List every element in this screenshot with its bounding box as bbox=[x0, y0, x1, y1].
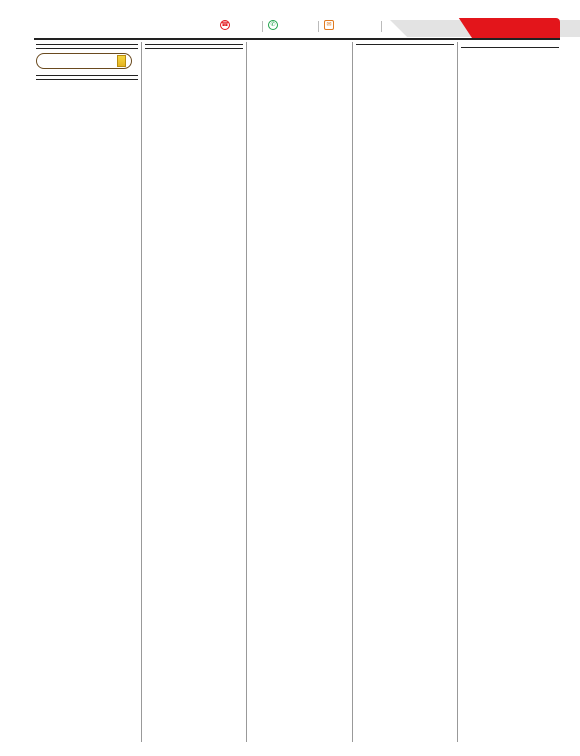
whatsapp-icon: ✆ bbox=[268, 20, 278, 30]
column-5 bbox=[457, 42, 562, 742]
column-2 bbox=[141, 42, 246, 742]
page-header: ☎ ✆ ✉ bbox=[0, 0, 580, 36]
classified-ad bbox=[461, 49, 559, 51]
classified-ad bbox=[36, 81, 138, 83]
classified-ad bbox=[36, 42, 138, 45]
classifieds-columns bbox=[36, 42, 562, 742]
classified-ad bbox=[36, 46, 138, 49]
whatsapp-contact[interactable]: ✆ bbox=[268, 20, 280, 30]
classified-ad bbox=[461, 42, 559, 44]
header-rule bbox=[34, 38, 560, 40]
classified-ad bbox=[356, 42, 454, 45]
column-3 bbox=[246, 42, 351, 742]
section-header-edictos-varios bbox=[36, 53, 132, 69]
email-contact[interactable]: ✉ bbox=[324, 20, 336, 30]
classified-ad bbox=[356, 46, 454, 48]
envelope-icon: ✉ bbox=[324, 20, 334, 30]
classified-ad bbox=[145, 46, 243, 49]
classified-ad bbox=[250, 42, 348, 44]
column-4 bbox=[352, 42, 457, 742]
classified-ad bbox=[36, 73, 138, 76]
divider bbox=[262, 21, 263, 32]
divider bbox=[381, 21, 382, 32]
classified-ad bbox=[36, 77, 138, 80]
flag-icon bbox=[117, 55, 126, 67]
classified-ad bbox=[461, 45, 559, 48]
column-1 bbox=[36, 42, 141, 742]
customer-service-contact[interactable]: ☎ bbox=[220, 20, 232, 30]
divider bbox=[318, 21, 319, 32]
classified-ad bbox=[145, 42, 243, 45]
phone-icon: ☎ bbox=[220, 20, 230, 30]
